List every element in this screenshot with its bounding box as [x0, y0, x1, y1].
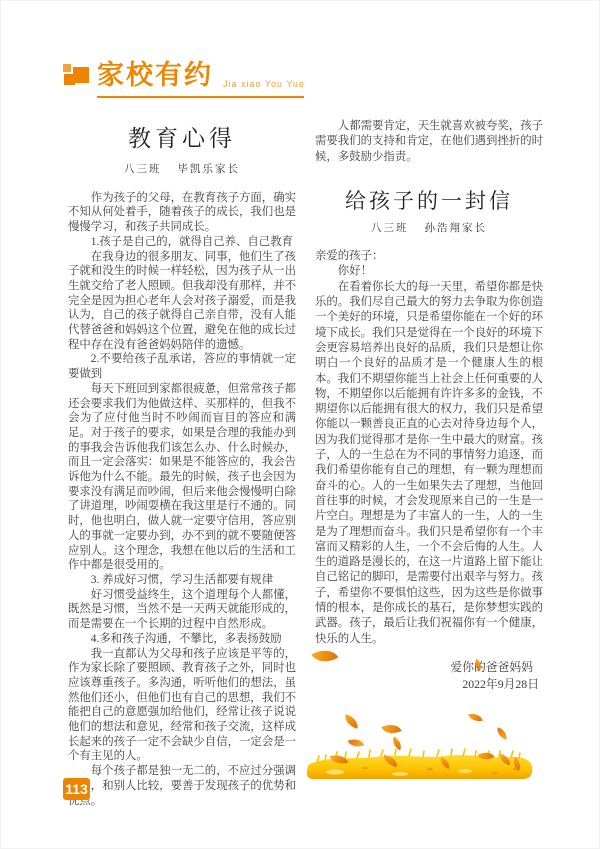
- article-title: 教育心得: [68, 125, 296, 153]
- autumn-leaf-icon: [382, 755, 399, 767]
- autumn-leaf-icon: [381, 720, 401, 738]
- magazine-page: 家校有约 Jia xiao You Yue 教育心得 八三班毕凯乐家长 作为孩子…: [0, 0, 600, 849]
- brand-pinyin: Jia xiao You Yue: [223, 79, 305, 89]
- right-column: 人都需要肯定，天生就喜欢被夸奖，孩子需要我们的支持和肯定，在他们遇到挫折的时候，…: [315, 119, 543, 693]
- brand-title: 家校有约: [97, 59, 213, 91]
- grass-field-illustration: [305, 745, 535, 783]
- left-article: 教育心得 八三班毕凯乐家长 作为孩子的父母，在教育孩子方面，确实不知从何处着手，…: [68, 113, 296, 808]
- paragraph: 在我身边的很多朋友、同事，他们生了孩子就和没生的时候一样轻松，因为孩子从一出生就…: [68, 250, 296, 353]
- autumn-leaf-icon: [348, 736, 365, 750]
- autumn-leaf-icon: [495, 727, 509, 740]
- byline-name: 毕凯乐家长: [178, 164, 241, 175]
- header-rule: [97, 96, 304, 98]
- letter-date: 2022年9月28日: [315, 676, 543, 693]
- autumn-leaf-icon: [510, 757, 524, 771]
- paragraph: 每天下班回到家都很疲惫，但常常孩子都还会要求我们为他做这样、买那样的，但我不会为…: [68, 382, 296, 573]
- letter-salutation: 亲爱的孩子：: [315, 249, 543, 264]
- autumn-leaf-icon: [390, 737, 405, 751]
- byline-name: 孙浩翔家长: [425, 223, 488, 234]
- autumn-leaf-icon: [468, 712, 482, 723]
- page-header: 家校有约 Jia xiao You Yue: [63, 59, 543, 103]
- logo-square-icon: [73, 67, 89, 83]
- letter-signature: 爱你的爸爸妈妈: [315, 659, 543, 676]
- article-byline: 八三班毕凯乐家长: [68, 163, 296, 178]
- letter-body: 在看着你长大的每一天里，希望你都是快乐的。我们尽自己最大的努力去争取为你创造一个…: [315, 280, 543, 647]
- section-heading: 1.孩子是自己的，就得自己养、自己教育: [68, 235, 296, 250]
- autumn-leaf-icon: [330, 752, 348, 767]
- paragraph: 好习惯受益终生，这个道理每个人都懂，既然是习惯，当然不是一天两天就能形成的，而是…: [68, 588, 296, 632]
- page-number-badge: 113: [63, 778, 90, 800]
- brand-logo-icon: [63, 61, 93, 95]
- logo-square-icon: [64, 74, 75, 85]
- continuation-paragraph: 人都需要肯定，天生就喜欢被夸奖，孩子需要我们的支持和肯定，在他们遇到挫折的时候，…: [315, 119, 543, 165]
- paragraph: 每个孩子都是独一无二的，不应过分强调成绩，和别人比较，要善于发现孩子的优势和优点…: [68, 764, 296, 808]
- section-heading: 3. 养成好习惯，学习生活都要有规律: [68, 573, 296, 588]
- autumn-leaf-icon: [477, 748, 494, 764]
- letter-title: 给孩子的一封信: [315, 187, 543, 215]
- logo-square-icon: [63, 64, 71, 72]
- byline-class: 八三班: [124, 164, 162, 175]
- autumn-leaf-icon: [438, 757, 452, 769]
- paragraph: 我一直都认为父母和孩子应该是平等的，作为家长除了要照顾、教育孩子之外，同时也应该…: [68, 647, 296, 765]
- section-heading: 4.多和孩子沟通，不攀比，多表扬鼓励: [68, 632, 296, 647]
- paragraph: 作为孩子的父母，在教育孩子方面，确实不知从何处着手，随着孩子的成长，我们也是慢慢…: [68, 191, 296, 235]
- autumn-leaf-icon: [498, 754, 512, 766]
- letter-signature-block: 爱你的爸爸妈妈 2022年9月28日: [315, 659, 543, 693]
- letter-greeting: 你好！: [315, 264, 543, 279]
- autumn-leaf-icon: [343, 714, 360, 729]
- byline-class: 八三班: [371, 223, 409, 234]
- letter-byline: 八三班孙浩翔家长: [315, 221, 543, 236]
- section-heading: 2.不要给孩子乱承诺，答应的事情就一定要做到: [68, 352, 296, 381]
